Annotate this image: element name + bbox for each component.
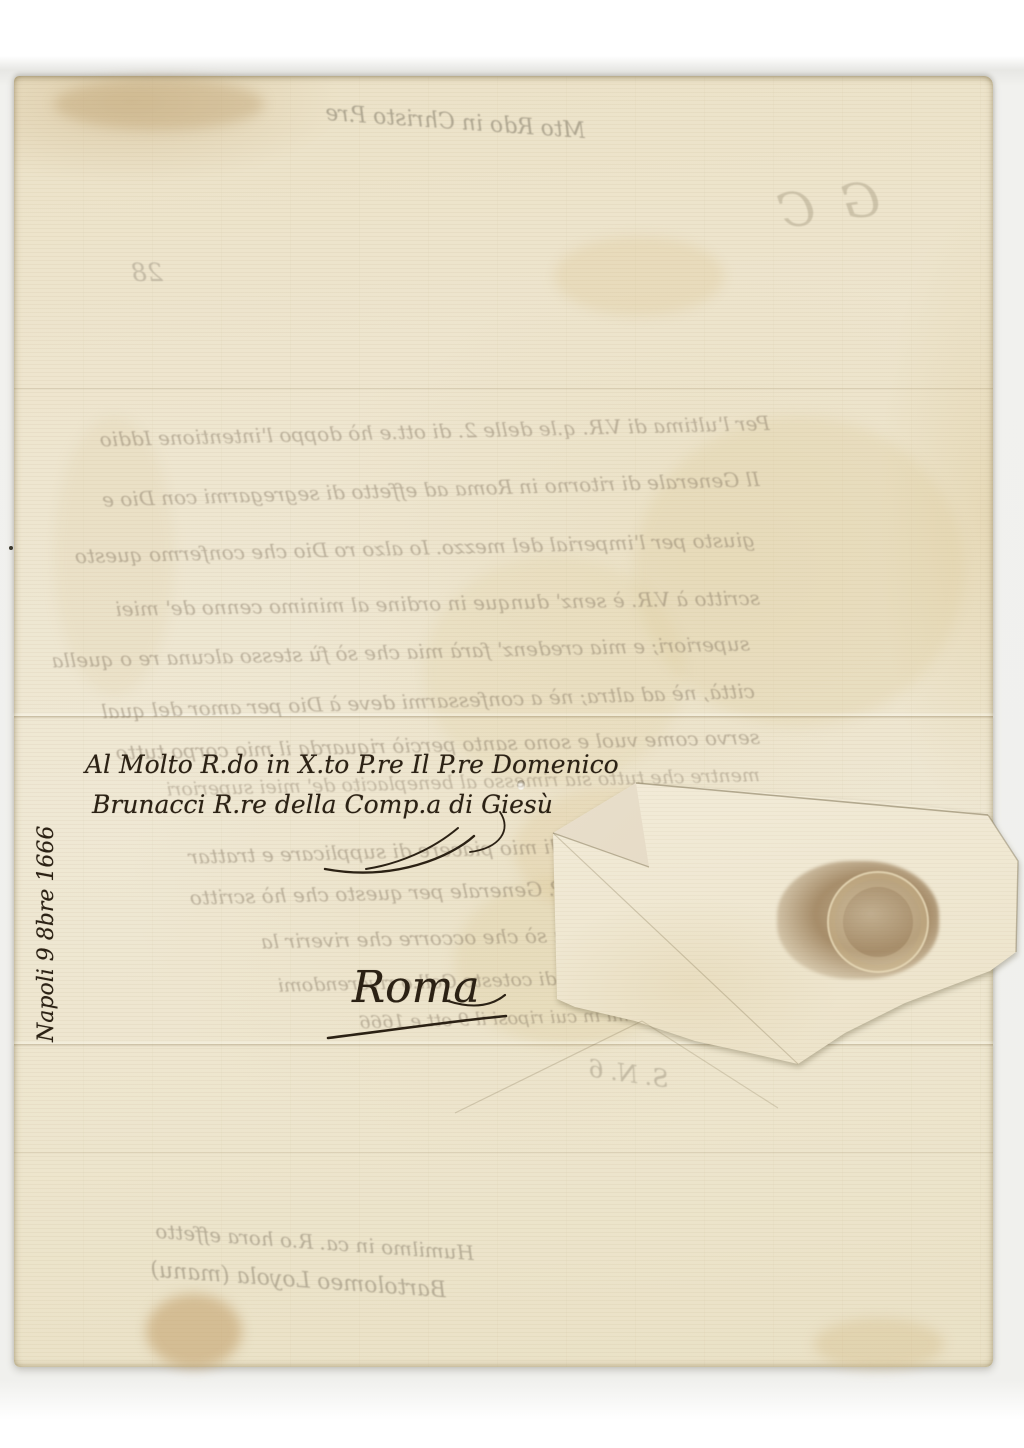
stain-top-left-edge — [54, 78, 264, 130]
stain-bottom-left-corner — [146, 1294, 242, 1368]
side-date-vertical: Napoli 9 8bre 1666 — [34, 842, 59, 1042]
fold-crease-bottom — [14, 1152, 993, 1154]
fold-crease-middle — [14, 716, 993, 719]
stain-top-center — [554, 236, 724, 316]
seal-ring-impression — [827, 871, 929, 973]
fold-crease-upper — [14, 388, 993, 390]
address-line1: Al Molto R.do in X.to P.re Il P.re Domen… — [85, 750, 619, 779]
destination-city: Roma — [352, 962, 480, 1013]
background-speck — [9, 546, 13, 550]
stain-bottom-right — [814, 1318, 944, 1370]
folded-flap — [545, 775, 1024, 1075]
address-line2: Brunacci R.re della Comp.a di Giesù — [92, 790, 553, 819]
letter-sheet — [14, 76, 993, 1367]
stain-right-middle — [634, 416, 964, 726]
stain-left-middle — [54, 416, 174, 696]
paper-hole — [517, 780, 525, 790]
